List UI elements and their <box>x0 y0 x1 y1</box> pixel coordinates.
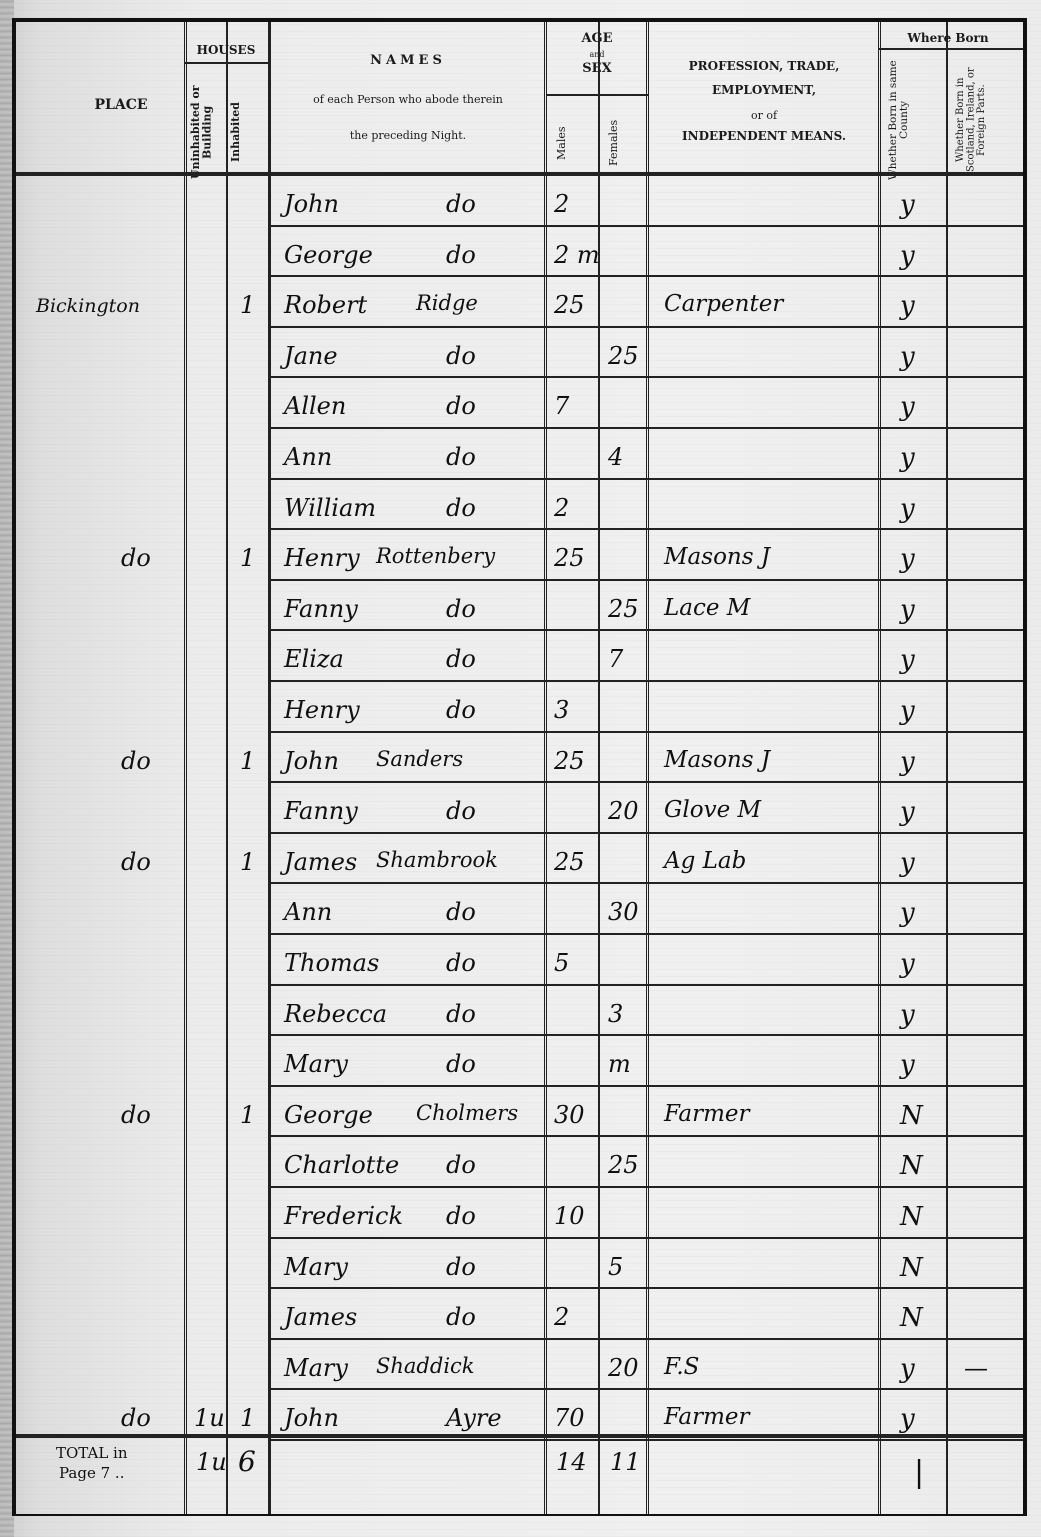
surname-cell: do <box>446 496 476 520</box>
header-place: PLACE <box>56 97 186 113</box>
profession-cell: Ag Lab <box>664 850 746 873</box>
table-row: do1HenryRottenbery25Masons Jy <box>16 530 1023 581</box>
females-cell: 4 <box>608 445 623 469</box>
given-name-cell: Frederick <box>284 1204 403 1228</box>
females-cell: 25 <box>608 1153 639 1177</box>
females-cell: 20 <box>608 1356 639 1380</box>
females-cell: 3 <box>608 1002 623 1026</box>
same-county-cell: y <box>900 445 915 471</box>
inhabited-cell: 1 <box>240 850 255 874</box>
total-label-line1: TOTAL in <box>56 1444 128 1464</box>
table-row: Rebeccado3y <box>16 986 1023 1037</box>
surname-cell: do <box>446 243 476 267</box>
males-cell: 25 <box>554 850 585 874</box>
females-cell: 25 <box>608 597 639 621</box>
profession-cell: Farmer <box>664 1406 750 1429</box>
surname-cell: do <box>446 192 476 216</box>
header-names-sub1: of each Person who abode therein <box>270 94 546 107</box>
given-name-cell: Charlotte <box>284 1153 399 1177</box>
given-name-cell: Mary <box>284 1255 348 1279</box>
col-line-foreign <box>946 22 948 1514</box>
table-row: do1JamesShambrook25Ag Laby <box>16 834 1023 885</box>
same-county-cell: y <box>900 647 915 673</box>
profession-cell: Masons J <box>664 546 770 569</box>
header-age: AGE <box>546 32 648 47</box>
same-county-cell: y <box>900 850 915 876</box>
table-row: Elizado7y <box>16 631 1023 682</box>
inhabited-cell: 1 <box>240 293 255 317</box>
given-name-cell: Ann <box>284 900 332 924</box>
given-name-cell: Allen <box>284 394 346 418</box>
same-county-cell: y <box>900 1406 915 1432</box>
profession-cell: Lace M <box>664 597 750 620</box>
header-profession-1: PROFESSION, TRADE, <box>648 60 880 74</box>
females-cell: 30 <box>608 900 639 924</box>
profession-cell: Glove M <box>664 799 761 822</box>
same-county-cell: y <box>900 344 915 370</box>
surname-cell: do <box>446 900 476 924</box>
surname-cell: do <box>446 698 476 722</box>
given-name-cell: Eliza <box>284 647 344 671</box>
males-cell: 25 <box>554 749 585 773</box>
surname-cell: do <box>446 1153 476 1177</box>
total-same-county: | <box>914 1458 924 1488</box>
table-row: Frederickdo10N <box>16 1188 1023 1239</box>
place-cell: Bickington <box>36 297 140 316</box>
same-county-cell: y <box>900 799 915 825</box>
place-cell: do <box>121 546 151 570</box>
surname-cell: Sanders <box>376 749 463 770</box>
given-name-cell: John <box>284 192 339 216</box>
surname-cell: do <box>446 1204 476 1228</box>
females-cell: 20 <box>608 799 639 823</box>
females-cell: m <box>608 1052 631 1076</box>
given-name-cell: Jane <box>284 344 338 368</box>
col-line-females <box>598 22 600 1514</box>
header-scotland-ireland: Whether Born in Scotland, Ireland, or Fo… <box>956 58 1014 182</box>
surname-cell: do <box>446 344 476 368</box>
males-cell: 30 <box>554 1103 585 1127</box>
same-county-cell: y <box>900 1356 915 1382</box>
same-county-cell: y <box>900 951 915 977</box>
males-cell: 2 <box>554 496 569 520</box>
header-bottom-line <box>16 172 1023 176</box>
females-cell: 5 <box>608 1255 623 1279</box>
given-name-cell: Henry <box>284 698 360 722</box>
surname-cell: do <box>446 1052 476 1076</box>
table-row: Jamesdo2N <box>16 1289 1023 1340</box>
inhabited-cell: 1 <box>240 1103 255 1127</box>
table-row: Georgedo2 my <box>16 227 1023 278</box>
table-row: Marydo5N <box>16 1239 1023 1290</box>
col-line-same-county <box>878 22 884 1514</box>
given-name-cell: Fanny <box>284 597 358 621</box>
surname-cell: do <box>446 799 476 823</box>
same-county-cell: y <box>900 496 915 522</box>
given-name-cell: Mary <box>284 1052 348 1076</box>
same-county-cell: y <box>900 293 915 319</box>
same-county-cell: N <box>900 1255 923 1281</box>
header-age-and: and <box>546 50 648 59</box>
males-cell: 25 <box>554 546 585 570</box>
place-cell: do <box>121 749 151 773</box>
surname-cell: do <box>446 1002 476 1026</box>
given-name-cell: George <box>284 243 373 267</box>
header-names-sub2: the preceding Night. <box>270 130 546 143</box>
surname-cell: do <box>446 1305 476 1329</box>
males-cell: 2 <box>554 192 569 216</box>
table-row: do1JohnSanders25Masons Jy <box>16 733 1023 784</box>
total-uninhabited: 1u <box>196 1450 227 1474</box>
males-cell: 7 <box>554 394 569 418</box>
same-county-cell: y <box>900 597 915 623</box>
place-cell: do <box>121 850 151 874</box>
given-name-cell: Henry <box>284 546 360 570</box>
same-county-cell: N <box>900 1204 923 1230</box>
same-county-cell: y <box>900 546 915 572</box>
header-profession-4: INDEPENDENT MEANS. <box>648 130 880 144</box>
table-row: Marydomy <box>16 1036 1023 1087</box>
profession-cell: Masons J <box>664 749 770 772</box>
col-line-profession <box>646 22 652 1514</box>
females-cell: 7 <box>608 647 623 671</box>
total-label-line2: Page 7 .. <box>56 1464 128 1484</box>
given-name-cell: George <box>284 1103 373 1127</box>
males-cell: 2 m <box>554 243 600 267</box>
place-cell: do <box>121 1103 151 1127</box>
total-inhabited: 6 <box>238 1448 256 1476</box>
given-name-cell: Fanny <box>284 799 358 823</box>
surname-cell: do <box>446 597 476 621</box>
given-name-cell: James <box>284 1305 357 1329</box>
total-label: TOTAL in Page 7 .. <box>56 1444 128 1483</box>
table-row: Henrydo3y <box>16 682 1023 733</box>
header-profession-3: or of <box>648 110 880 123</box>
given-name-cell: Thomas <box>284 951 379 975</box>
header-inhabited: Inhabited <box>230 84 260 180</box>
table-row: Johndo2y <box>16 176 1023 227</box>
table-row: Anndo4y <box>16 429 1023 480</box>
header-names-title: NAMES <box>270 54 546 69</box>
header-where-born: Where Born <box>878 32 1018 46</box>
table-row: Williamdo2y <box>16 480 1023 531</box>
males-cell: 25 <box>554 293 585 317</box>
same-county-cell: y <box>900 698 915 724</box>
header-profession-2: EMPLOYMENT, <box>648 84 880 98</box>
same-county-cell: y <box>900 749 915 775</box>
where-born-divider <box>878 48 1023 50</box>
census-page: PLACE HOUSES Uninhabited or Building Inh… <box>0 0 1041 1537</box>
surname-cell: do <box>446 445 476 469</box>
place-cell: do <box>121 1406 151 1430</box>
census-table: PLACE HOUSES Uninhabited or Building Inh… <box>12 18 1027 1516</box>
table-row: Janedo25y <box>16 328 1023 379</box>
same-county-cell: y <box>900 1052 915 1078</box>
surname-cell: do <box>446 394 476 418</box>
same-county-cell: y <box>900 1002 915 1028</box>
surname-cell: do <box>446 647 476 671</box>
header-males: Males <box>556 107 580 179</box>
surname-cell: Ayre <box>446 1406 502 1430</box>
total-males: 14 <box>556 1450 587 1474</box>
males-cell: 3 <box>554 698 569 722</box>
uninhabited-cell: 1u <box>194 1406 225 1430</box>
surname-cell: do <box>446 951 476 975</box>
given-name-cell: Robert <box>284 293 367 317</box>
profession-cell: Carpenter <box>664 293 783 316</box>
surname-cell: Ridge <box>416 293 478 314</box>
surname-cell: Shaddick <box>376 1356 475 1377</box>
foreign-cell: — <box>964 1356 988 1380</box>
surname-cell: Cholmers <box>416 1103 518 1124</box>
header-same-county: Whether Born in same County <box>888 58 938 182</box>
females-cell: 25 <box>608 344 639 368</box>
col-line-inhabited <box>226 22 228 1514</box>
given-name-cell: John <box>284 749 339 773</box>
same-county-cell: N <box>900 1103 923 1129</box>
table-row: Fannydo20Glove My <box>16 783 1023 834</box>
header-uninhabited: Uninhabited or Building <box>190 84 222 180</box>
males-cell: 10 <box>554 1204 585 1228</box>
inhabited-cell: 1 <box>240 546 255 570</box>
table-row: Allendo7y <box>16 378 1023 429</box>
table-row: Fannydo25Lace My <box>16 581 1023 632</box>
col-line-males <box>544 22 550 1514</box>
same-county-cell: N <box>900 1305 923 1331</box>
same-county-cell: y <box>900 394 915 420</box>
surname-cell: Rottenbery <box>376 546 495 567</box>
same-county-cell: N <box>900 1153 923 1179</box>
age-divider <box>546 94 648 96</box>
table-row: Charlottedo25N <box>16 1137 1023 1188</box>
table-row: Thomasdo5y <box>16 935 1023 986</box>
same-county-cell: y <box>900 192 915 218</box>
given-name-cell: Rebecca <box>284 1002 387 1026</box>
total-divider <box>16 1434 1023 1438</box>
males-cell: 5 <box>554 951 569 975</box>
inhabited-cell: 1 <box>240 1406 255 1430</box>
col-line-names <box>268 22 271 1514</box>
table-row: do1GeorgeCholmers30FarmerN <box>16 1087 1023 1138</box>
given-name-cell: Ann <box>284 445 332 469</box>
header-females: Females <box>608 107 632 179</box>
total-females: 11 <box>610 1450 641 1474</box>
surname-cell: do <box>446 1255 476 1279</box>
given-name-cell: James <box>284 850 357 874</box>
profession-cell: F.S <box>664 1356 699 1379</box>
inhabited-cell: 1 <box>240 749 255 773</box>
col-line-houses <box>184 22 190 1514</box>
same-county-cell: y <box>900 900 915 926</box>
same-county-cell: y <box>900 243 915 269</box>
profession-cell: Farmer <box>664 1103 750 1126</box>
table-row: MaryShaddick20F.Sy— <box>16 1340 1023 1391</box>
given-name-cell: Mary <box>284 1356 348 1380</box>
males-cell: 2 <box>554 1305 569 1329</box>
table-row: Bickington1RobertRidge25Carpentery <box>16 277 1023 328</box>
header-sex: SEX <box>546 62 648 77</box>
surname-cell: Shambrook <box>376 850 498 871</box>
given-name-cell: William <box>284 496 376 520</box>
males-cell: 70 <box>554 1406 585 1430</box>
given-name-cell: John <box>284 1406 339 1430</box>
table-row: Anndo30y <box>16 884 1023 935</box>
